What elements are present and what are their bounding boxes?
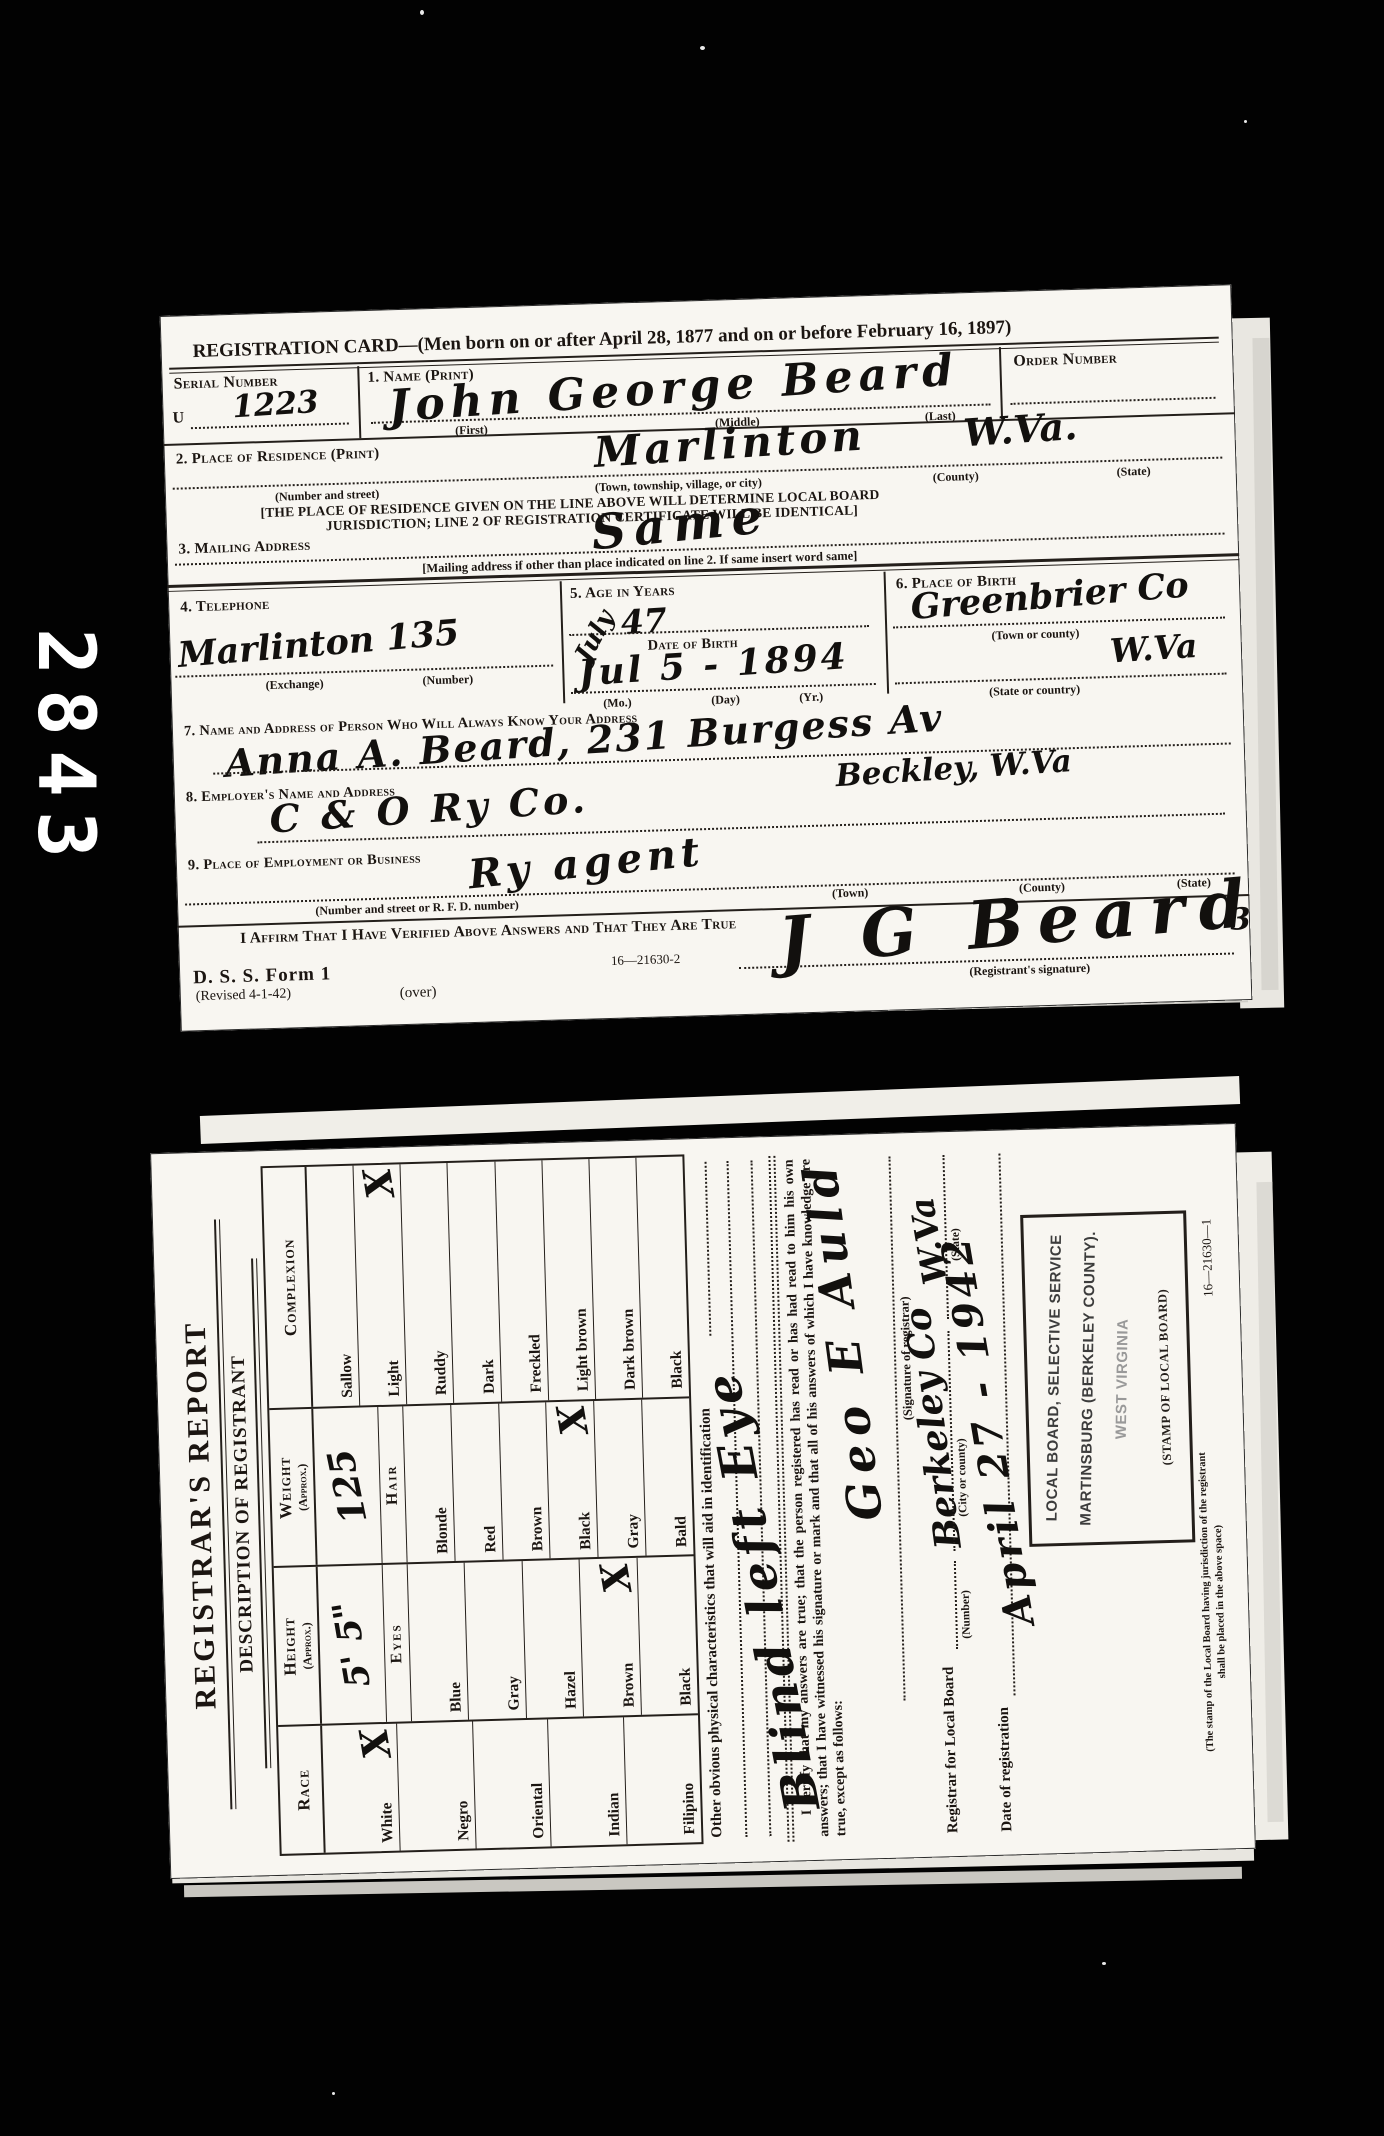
registrars-report: REGISTRAR'S REPORT DESCRIPTION OF REGIST…: [162, 1131, 1241, 1870]
race-option-white: WhiteX: [322, 1724, 401, 1853]
option-label: Blue: [447, 1682, 466, 1713]
option-label: Sallow: [338, 1354, 357, 1398]
weight-hair-column: Weight (Approx.) 125 Hair Blonde Red Bro…: [269, 1396, 693, 1566]
complexion-option-black: Black: [636, 1156, 689, 1397]
birthplace-sub-town: (Town or county): [991, 626, 1079, 644]
over-label: (over): [400, 984, 437, 1002]
check-mark: X: [355, 1725, 397, 1760]
complexion-option-light: LightX: [354, 1164, 408, 1405]
microfilm-scan: 2843 REGISTRATION CARD—(Men born on or a…: [0, 0, 1384, 2136]
eyes-option-hazel: Hazel: [522, 1560, 584, 1718]
eyes-option-gray: Gray: [465, 1562, 527, 1720]
dob-sub-mo: (Mo.): [603, 695, 632, 711]
age-value: 47: [620, 600, 668, 642]
residence-sub-state: (State): [1116, 464, 1150, 480]
hair-option-red: Red: [451, 1404, 503, 1562]
residence-label: 2. Place of Residence (Print): [176, 446, 380, 469]
option-label: Black: [677, 1668, 696, 1706]
eyes-option-blue: Blue: [408, 1563, 470, 1721]
dob-sub-day: (Day): [711, 692, 740, 708]
option-label: Oriental: [529, 1782, 549, 1838]
film-frame-number: 2843: [20, 628, 110, 872]
complexion-column: Complexion Sallow LightX Ruddy Dark Frec…: [263, 1156, 690, 1408]
back-print-code: 16—21630—1: [1198, 1219, 1216, 1297]
telephone-sub-exchange: (Exchange): [265, 676, 323, 693]
telephone-sub-number: (Number): [422, 672, 473, 688]
complexion-option-dark-brown: Dark brown: [589, 1158, 643, 1399]
eyes-option-black: Black: [637, 1557, 698, 1715]
race-option-negro: Negro: [398, 1722, 477, 1851]
film-speck: [1244, 120, 1247, 123]
check-mark: X: [552, 1403, 594, 1438]
grid-line: [357, 366, 361, 438]
option-label: Gray: [624, 1514, 643, 1549]
complexion-option-light-brown: Light brown: [542, 1159, 596, 1400]
name-sub-first: (First): [455, 422, 488, 438]
form-id: D. S. S. Form 1: [193, 963, 332, 989]
order-number-line: [1011, 397, 1216, 405]
complexion-option-sallow: Sallow: [307, 1166, 361, 1407]
board-label: Registrar for Local Board: [941, 1666, 963, 1833]
option-label: Gray: [505, 1676, 524, 1711]
stamp-line3: WEST VIRGINIA: [1111, 1216, 1133, 1542]
name-sub-last: (Last): [925, 408, 956, 424]
race-option-indian: Indian: [548, 1717, 627, 1846]
serial-prefix: U: [172, 409, 184, 427]
option-label: Red: [481, 1525, 500, 1552]
race-option-oriental: Oriental: [473, 1720, 552, 1849]
affirmation-text: I Affirm That I Have Verified Above Answ…: [240, 915, 737, 948]
option-label: Ruddy: [432, 1350, 451, 1395]
hair-option-bald: Bald: [642, 1398, 693, 1556]
hair-option-gray: Gray: [594, 1400, 646, 1558]
height-approx-label: (Approx.): [298, 1567, 317, 1724]
film-speck: [420, 10, 424, 15]
film-speck: [700, 46, 705, 50]
option-label: Dark: [479, 1359, 498, 1394]
race-column: Race WhiteX Negro Oriental Indian Filipi…: [278, 1713, 701, 1854]
weight-value-cell: 125: [313, 1407, 381, 1565]
serial-line: [191, 422, 349, 429]
mailing-address-label: 3. Mailing Address: [178, 538, 311, 559]
stamp-line2: MARTINSBURG (BERKELEY COUNTY).: [1077, 1215, 1099, 1541]
local-board-stamp-box: LOCAL BOARD, SELECTIVE SERVICE MARTINSBU…: [1020, 1210, 1195, 1547]
characteristics-dots: [705, 1162, 712, 1336]
option-label: Dark brown: [619, 1309, 639, 1391]
option-label: Light brown: [572, 1308, 592, 1391]
option-label: Light: [385, 1360, 404, 1397]
option-label: Bald: [672, 1516, 691, 1548]
option-label: Black: [668, 1350, 687, 1388]
weight-approx-label: (Approx.): [293, 1409, 312, 1566]
check-mark: X: [358, 1166, 400, 1201]
complexion-options: Sallow LightX Ruddy Dark Freckled Light …: [307, 1156, 690, 1406]
residence-value: Marlinton: [592, 410, 867, 476]
registration-card-back: REGISTRAR'S REPORT DESCRIPTION OF REGIST…: [150, 1123, 1256, 1879]
race-option-filipino: Filipino: [624, 1715, 702, 1844]
margin-pen-mark: 3: [1229, 902, 1252, 938]
height-header-label: Height: [279, 1617, 300, 1676]
grid-line: [560, 581, 566, 703]
hair-options: Blonde Red Brown BlackX Gray Bald: [403, 1398, 693, 1563]
residence-sub-county: (County): [933, 469, 979, 485]
grid-line: [884, 572, 890, 694]
contact-value2: Beckley, W.Va: [834, 743, 1072, 794]
option-label: Freckled: [526, 1334, 546, 1393]
option-label: Brown: [529, 1506, 548, 1551]
employment-sub-street: (Number and street or R. F. D. number): [315, 898, 519, 919]
option-label: Brown: [619, 1663, 638, 1708]
birthplace-state-value: W.Va: [1109, 626, 1199, 671]
option-label: Blonde: [433, 1507, 452, 1554]
date-label: Date of registration: [996, 1707, 1016, 1832]
order-number-label: Order Number: [1013, 350, 1117, 371]
serial-number-value: 1223: [231, 384, 319, 425]
complexion-option-dark: Dark: [448, 1162, 502, 1403]
option-label: White: [379, 1802, 398, 1843]
weight-header-label: Weight: [275, 1456, 296, 1519]
eyes-options: Blue Gray Hazel BrownX Black: [408, 1557, 698, 1722]
hair-option-blonde: Blonde: [403, 1405, 455, 1563]
option-label: Black: [577, 1512, 596, 1550]
race-options: WhiteX Negro Oriental Indian Filipino: [322, 1715, 701, 1852]
weight-header: Weight (Approx.): [269, 1409, 317, 1567]
hair-option-black: BlackX: [547, 1401, 599, 1559]
film-speck: [332, 2092, 335, 2095]
description-table: Race WhiteX Negro Oriental Indian Filipi…: [260, 1154, 703, 1856]
complexion-option-freckled: Freckled: [495, 1160, 549, 1401]
telephone-label: 4. Telephone: [180, 597, 270, 617]
employment-value: Ry agent: [466, 828, 706, 898]
employment-label: 9. Place of Employment or Business: [188, 851, 421, 875]
height-eyes-column: Height (Approx.) 5' 5" Eyes Blue Gray Ha…: [274, 1555, 698, 1725]
eyes-option-brown: BrownX: [580, 1558, 642, 1716]
registration-card-front: REGISTRATION CARD—(Men born on or after …: [160, 284, 1253, 1031]
film-speck: [1102, 1962, 1106, 1965]
complexion-option-ruddy: Ruddy: [401, 1163, 455, 1404]
check-mark: X: [595, 1560, 637, 1595]
option-label: Negro: [454, 1800, 473, 1841]
complexion-header: Complexion: [263, 1167, 314, 1408]
board-sub-number: (Number): [960, 1590, 973, 1639]
form-revision: (Revised 4-1-42): [196, 986, 292, 1005]
height-value: 5' 5": [325, 1598, 379, 1691]
hair-option-brown: Brown: [499, 1402, 551, 1560]
race-header: Race: [278, 1726, 326, 1854]
option-label: Filipino: [680, 1783, 699, 1835]
height-value-cell: 5' 5": [318, 1565, 386, 1723]
weight-value: 125: [319, 1445, 375, 1527]
print-code: 16—21630-2: [611, 951, 681, 969]
option-label: Hazel: [562, 1671, 581, 1709]
option-label: Indian: [605, 1792, 624, 1836]
birthplace-sub-state: (State or country): [989, 682, 1080, 700]
height-header: Height (Approx.): [274, 1567, 322, 1725]
board-number-line: [954, 1561, 958, 1649]
registrar-signature-line: [888, 1157, 905, 1701]
residence-state-value: W.Va.: [962, 403, 1079, 455]
stamp-line1: LOCAL BOARD, SELECTIVE SERVICE: [1043, 1215, 1065, 1541]
telephone-value: Marlinton 135: [176, 612, 461, 676]
